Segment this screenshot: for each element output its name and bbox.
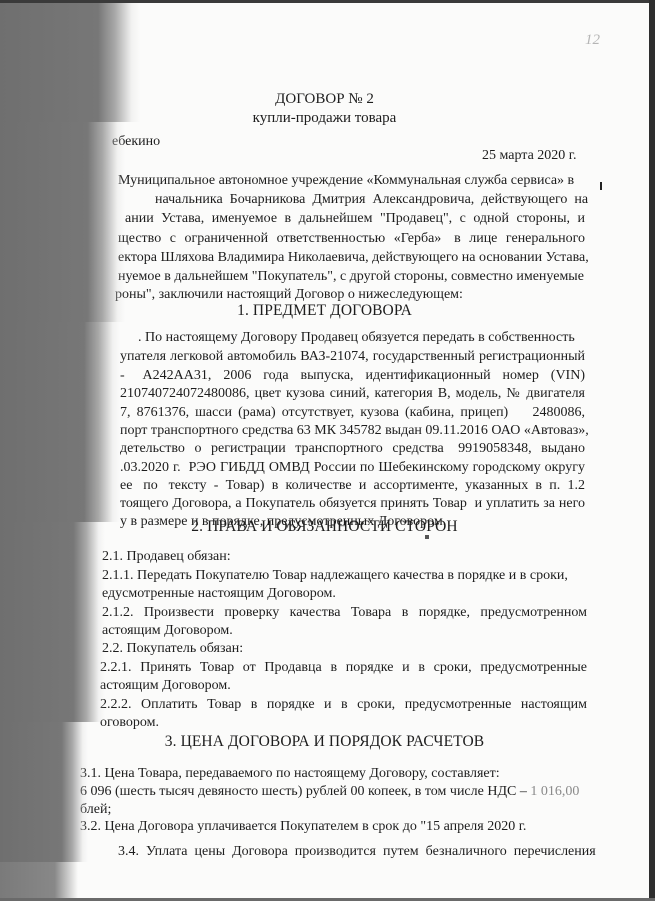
contract-date: 25 марта 2020 г. bbox=[482, 148, 576, 164]
section-heading: 1. ПРЕДМЕТ ДОГОВОРА bbox=[0, 303, 649, 319]
vat-amount: 1 016,00 bbox=[530, 784, 579, 799]
document-subtitle: купли-продажи товара bbox=[0, 110, 649, 126]
section-line: астоящим Договором. bbox=[102, 623, 233, 639]
section-line: астоящим Договором. bbox=[100, 678, 231, 694]
price-text: 6 096 (шесть тысяч девяносто шесть) рубл… bbox=[80, 784, 530, 799]
scan-shadow bbox=[0, 122, 125, 322]
section-line: 2.1.1. Передать Покупателю Товар надлежа… bbox=[102, 568, 587, 584]
preamble-line: нуемое в дальнейшем "Покупатель", с друг… bbox=[118, 269, 585, 285]
section-line: 210740724072480086, цвет кузова синий, к… bbox=[120, 386, 585, 402]
section-line: едусмотренные настоящим Договором. bbox=[102, 586, 336, 602]
section-line: оговором. bbox=[100, 715, 159, 731]
document-title: ДОГОВОР № 2 bbox=[0, 91, 649, 107]
section-line: блей; bbox=[80, 802, 111, 818]
preamble-line: начальника Бочарникова Дмитрия Александр… bbox=[155, 192, 585, 208]
scan-frame-top bbox=[0, 0, 655, 3]
scan-shadow bbox=[0, 322, 120, 522]
preamble-line: роны", заключили настоящий Договор о ниж… bbox=[115, 287, 463, 303]
section-line: .03.2020 г. РЭО ГИБДД ОМВД России по Шеб… bbox=[120, 460, 585, 476]
scan-shadow bbox=[0, 862, 78, 899]
preamble-line: ектора Шляхова Владимира Николаевича, де… bbox=[118, 250, 585, 266]
section-line: 3.1. Цена Товара, передаваемого по насто… bbox=[80, 766, 500, 782]
section-line: 2.2.1. Принять Товар от Продавца в поряд… bbox=[100, 660, 587, 676]
preamble-line: щество с ограниченной ответственностью «… bbox=[118, 231, 585, 247]
section-line: 6 096 (шесть тысяч девяносто шесть) рубл… bbox=[80, 784, 579, 800]
section-line: 2.2.2. Оплатить Товар в порядке и в срок… bbox=[100, 697, 587, 713]
document-page: 12 ДОГОВОР № 2 купли-продажи товара ебек… bbox=[0, 2, 649, 899]
section-line: 2.2. Покупатель обязан: bbox=[102, 641, 243, 657]
scan-speck bbox=[425, 535, 429, 539]
section-line: . По настоящему Договору Продавец обязуе… bbox=[138, 330, 575, 346]
page-number-mark: 12 bbox=[585, 32, 600, 48]
section-line: детельство о регистрации транспортного с… bbox=[120, 441, 585, 457]
section-heading: 2. ПРАВА И ОБЯЗАННОСТИ СТОРОН bbox=[0, 519, 649, 535]
section-line: - А242АА31, 2006 года выпуска, идентифик… bbox=[120, 368, 585, 384]
section-heading: 3. ЦЕНА ДОГОВОРА И ПОРЯДОК РАСЧЕТОВ bbox=[0, 734, 649, 750]
section-line: 2.1.2. Произвести проверку качества Това… bbox=[102, 605, 587, 621]
section-line: 7, 8761376, шасси (рама) отсутствует, ку… bbox=[120, 405, 585, 421]
section-line: 3.2. Цена Договора уплачивается Покупате… bbox=[80, 819, 526, 835]
city: ебекино bbox=[112, 134, 160, 150]
preamble-line: Муниципальное автономное учреждение «Ком… bbox=[118, 173, 585, 189]
section-line: 2.1. Продавец обязан: bbox=[102, 549, 231, 565]
section-line: ее по тексту - Товар) в количестве и асс… bbox=[120, 478, 585, 494]
section-line: упателя легковой автомобиль ВАЗ-21074, г… bbox=[120, 349, 585, 365]
section-line: порт транспортного средства 63 МК 345782… bbox=[120, 423, 585, 439]
scan-shadow bbox=[0, 522, 105, 722]
section-line: тоящего Договора, а Покупатель обязуется… bbox=[120, 496, 585, 512]
scan-frame-right bbox=[649, 0, 655, 901]
scan-speck bbox=[600, 182, 602, 190]
section-line: 3.4. Уплата цены Договора производится п… bbox=[118, 844, 568, 860]
preamble-line: ании Устава, именуемое в дальнейшем "Про… bbox=[125, 211, 585, 227]
